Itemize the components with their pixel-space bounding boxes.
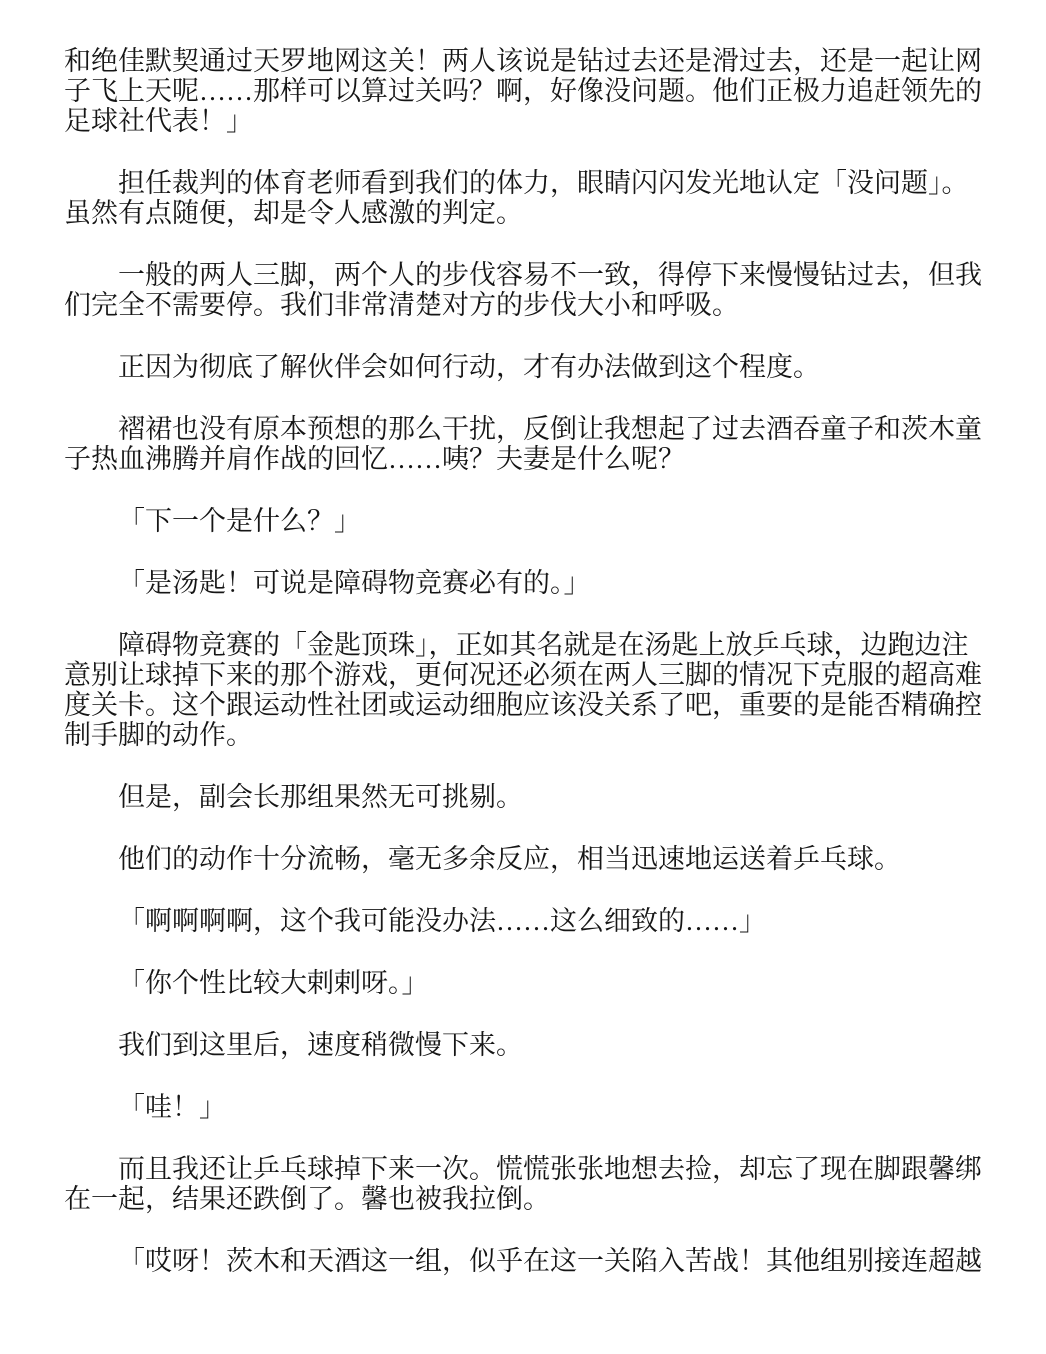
paragraph-15: 而且我还让乒乓球掉下来一次。慌慌张张地想去捡，却忘了现在脚跟馨绑在一起，结果还跌… <box>64 1154 982 1214</box>
paragraph-6: 「下一个是什么？」 <box>64 506 982 536</box>
paragraph-8: 障碍物竞赛的「金匙顶珠」，正如其名就是在汤匙上放乒乓球，边跑边注意别让球掉下来的… <box>64 630 982 750</box>
paragraph-10: 他们的动作十分流畅，毫无多余反应，相当迅速地运送着乒乓球。 <box>64 844 982 874</box>
paragraph-3: 一般的两人三脚，两个人的步伐容易不一致，得停下来慢慢钻过去，但我们完全不需要停。… <box>64 260 982 320</box>
paragraph-14: 「哇！」 <box>64 1092 982 1122</box>
paragraph-16: 「哎呀！茨木和天酒这一组，似乎在这一关陷入苦战！其他组别接连超越 <box>64 1246 982 1276</box>
paragraph-7: 「是汤匙！可说是障碍物竞赛必有的。」 <box>64 568 982 598</box>
paragraph-5: 褶裙也没有原本预想的那么干扰，反倒让我想起了过去酒吞童子和茨木童子热血沸腾并肩作… <box>64 414 982 474</box>
paragraph-11: 「啊啊啊啊，这个我可能没办法……这么细致的……」 <box>64 906 982 936</box>
paragraph-1: 和绝佳默契通过天罗地网这关！两人该说是钻过去还是滑过去，还是一起让网子飞上天呢…… <box>64 46 982 136</box>
paragraph-9: 但是，副会长那组果然无可挑剔。 <box>64 782 982 812</box>
paragraph-12: 「你个性比较大剌剌呀。」 <box>64 968 982 998</box>
paragraph-2: 担任裁判的体育老师看到我们的体力，眼睛闪闪发光地认定「没问题」。虽然有点随便，却… <box>64 168 982 228</box>
novel-page: 和绝佳默契通过天罗地网这关！两人该说是钻过去还是滑过去，还是一起让网子飞上天呢…… <box>0 0 1046 1354</box>
paragraph-4: 正因为彻底了解伙伴会如何行动，才有办法做到这个程度。 <box>64 352 982 382</box>
page-text-content: 和绝佳默契通过天罗地网这关！两人该说是钻过去还是滑过去，还是一起让网子飞上天呢…… <box>64 46 982 1276</box>
paragraph-13: 我们到这里后，速度稍微慢下来。 <box>64 1030 982 1060</box>
